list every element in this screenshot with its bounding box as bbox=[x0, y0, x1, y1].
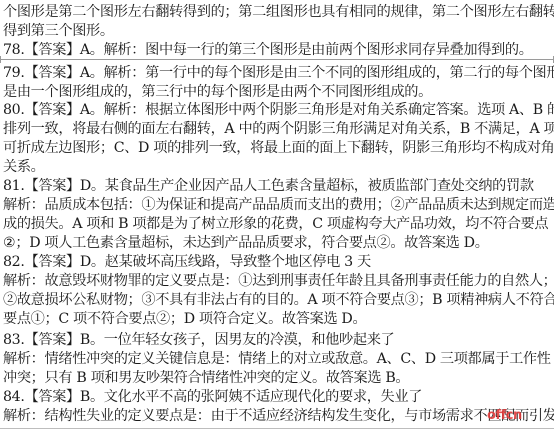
watermark-logo: offcn bbox=[487, 408, 522, 423]
text-line: 解析：情绪性冲突的定义关键信息是：情绪上的对立或敌意。A、C、D 三项都属于工作… bbox=[3, 350, 551, 369]
text-line: 解析：品质成本包括：①为保证和提高产品品质而支出的费用；②产品品质未达到规定而造 bbox=[3, 196, 554, 215]
text-line: 关系。 bbox=[3, 158, 45, 177]
text-line: 可折成左边图形；C、D 项的排列一致，将最上面的面上下翻转，阴影三角形均不构成对… bbox=[3, 139, 554, 158]
answer-84: 84.【答案】B。文化水平不高的张阿姨不适应现代化的要求，失业了 bbox=[3, 388, 422, 407]
text-line: 排列一致，将最右侧的面左右翻转，A 中的两个阴影三角形满足对角关系，B 不满足，… bbox=[3, 120, 554, 139]
text-line: 个图形是第二个图形左右翻转得到的；第二组图形也具有相同的规律，第二个图形左右翻转 bbox=[3, 3, 554, 22]
text-line: 冲突；只有 B 项和男友吵架符合情绪性冲突的定义。故答案选 B。 bbox=[3, 369, 409, 388]
text-line: 要点①；C 项不符合要点②；D 项符合定义。故答案选 D。 bbox=[3, 310, 366, 329]
answer-82: 82.【答案】D。赵某破坏高压线路，导致整个地区停电 3 天 bbox=[3, 253, 371, 272]
text-line: ②故意损坏公私财物；③不具有非法占有的目的。A 项不符合要点③；B 项精神病人不… bbox=[3, 291, 554, 310]
answer-78: 78.【答案】A。解析：图中每一行的第三个图形是由前两个图形求同存异叠加得到的。 bbox=[3, 41, 533, 60]
answer-79: 79.【答案】A。解析：第一行中的每个图形是由三个不同的图形组成的，第二行的每个… bbox=[3, 64, 554, 83]
answer-83: 83.【答案】B。一位年轻女孩子，因男友的冷漠，和他吵起来了 bbox=[3, 331, 394, 350]
answer-80: 80.【答案】A。解析：根据立体图形中两个阴影三角形是对角关系确定答案。选项 A… bbox=[3, 101, 554, 120]
text-line: 是由一个图形组成的，第三行中的每个图形是由两个不同图形组成的。 bbox=[3, 83, 432, 102]
text-line: 解析：故意毁坏财物罪的定义要点是：①达到刑事责任年龄且具备刑事责任能力的自然人； bbox=[3, 272, 554, 291]
page-divider bbox=[0, 59, 554, 60]
text-line: 得到第三个图形。 bbox=[3, 22, 114, 41]
text-line: 解析：结构性失业的定义要点是：由于不适应经济结构发生变化，与市场需求不匹配而引发 bbox=[3, 407, 554, 426]
answer-81: 81.【答案】D。某食品生产企业因产品人工色素含量超标，被质监部门查处交纳的罚款 bbox=[3, 177, 534, 196]
bottom-divider bbox=[0, 428, 554, 429]
text-line: ②；D 项人工色素含量超标，未达到产品品质要求，符合要点②。故答案选 D。 bbox=[3, 234, 489, 253]
text-line: 成的损失。A 项和 B 项都是为了树立形象的花费，C 项虚构夸大产品功效，均不符… bbox=[3, 215, 548, 234]
